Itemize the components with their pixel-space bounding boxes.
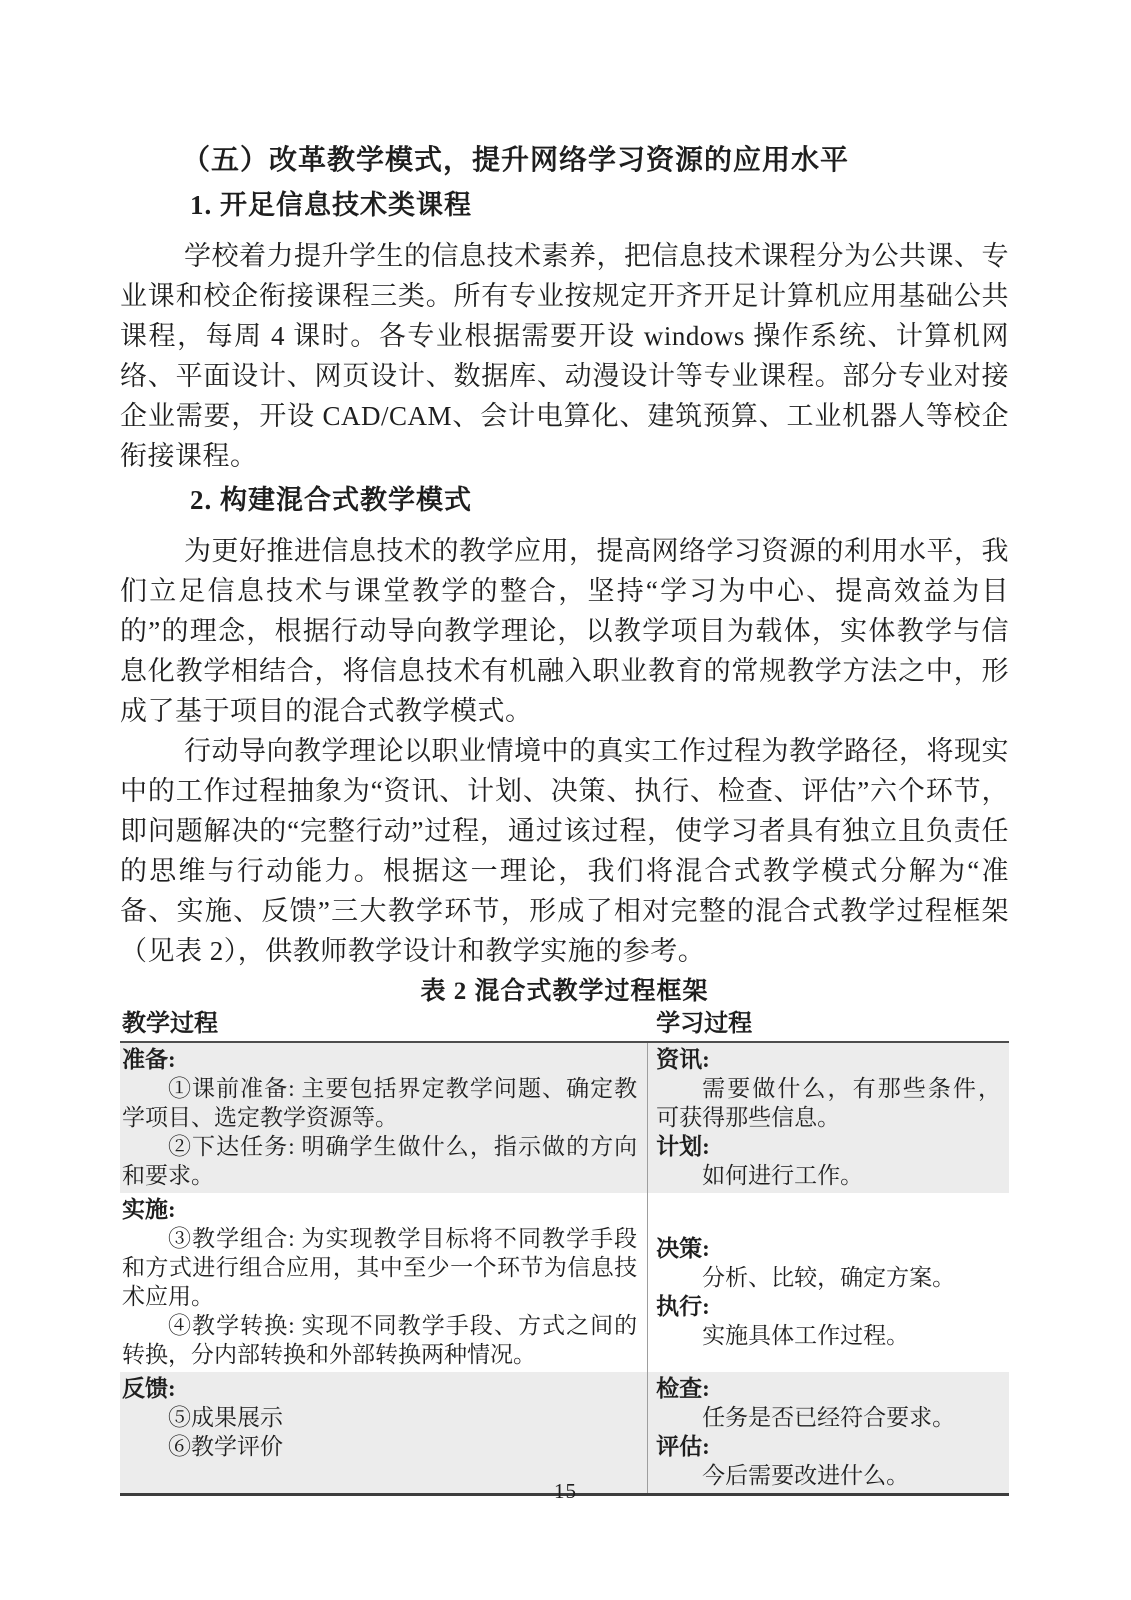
cell-item: ②下达任务: 明确学生做什么，指示做的方向和要求。 [122,1132,637,1190]
cell-learning-check-evaluation: 检查: 任务是否已经符合要求。 评估: 今后需要改进什么。 [647,1372,1009,1493]
paragraph-3: 行动导向教学理论以职业情境中的真实工作过程为教学路径，将现实中的工作过程抽象为“… [120,731,1009,971]
cell-label: 决策: [656,1234,1001,1263]
cell-item: ⑥教学评价 [122,1432,637,1461]
cell-item: 如何进行工作。 [656,1161,1001,1190]
cell-teaching-preparation: 准备: ①课前准备: 主要包括界定教学问题、确定教学项目、选定教学资源等。 ②下… [120,1043,647,1193]
paragraph-2: 为更好推进信息技术的教学应用，提高网络学习资源的利用水平，我们立足信息技术与课堂… [120,531,1009,731]
cell-item: 任务是否已经符合要求。 [656,1403,1001,1432]
subsection-2-heading: 2. 构建混合式教学模式 [120,480,1009,520]
cell-label: 准备: [122,1045,637,1074]
cell-learning-information-plan: 资讯: 需要做什么，有那些条件，可获得那些信息。 计划: 如何进行工作。 [647,1043,1009,1193]
table-header-row: 教学过程 学习过程 [120,1008,1009,1043]
page-number: 15 [0,1479,1131,1504]
subsection-1-heading: 1. 开足信息技术类课程 [120,185,1009,225]
cell-label: 实施: [122,1195,637,1224]
cell-item: 实施具体工作过程。 [656,1321,1001,1350]
cell-item: ③教学组合: 为实现教学目标将不同教学手段和方式进行组合应用，其中至少一个环节为… [122,1224,637,1311]
cell-learning-decision-execution: 决策: 分析、比较，确定方案。 执行: 实施具体工作过程。 [647,1193,1009,1372]
table-row-implementation: 实施: ③教学组合: 为实现教学目标将不同教学手段和方式进行组合应用，其中至少一… [120,1193,1009,1372]
cell-label: 评估: [656,1432,1001,1461]
table-caption: 表 2 混合式教学过程框架 [120,976,1009,1008]
cell-label: 执行: [656,1292,1001,1321]
column-header-teaching-process: 教学过程 [120,1009,647,1039]
cell-item: 需要做什么，有那些条件，可获得那些信息。 [656,1074,1001,1132]
page-content: （五）改革教学模式，提升网络学习资源的应用水平 1. 开足信息技术类课程 学校着… [120,141,1009,1496]
cell-label: 反馈: [122,1374,637,1403]
table-row-feedback: 反馈: ⑤成果展示 ⑥教学评价 检查: 任务是否已经符合要求。 评估: 今后需要… [120,1372,1009,1493]
cell-label: 计划: [656,1132,1001,1161]
cell-item: ⑤成果展示 [122,1403,637,1432]
paragraph-1: 学校着力提升学生的信息技术素养，把信息技术课程分为公共课、专业课和校企衔接课程三… [120,236,1009,476]
column-header-learning-process: 学习过程 [647,1009,1009,1039]
cell-item: 分析、比较，确定方案。 [656,1263,1001,1292]
cell-label: 检查: [656,1374,1001,1403]
section-heading: （五）改革教学模式，提升网络学习资源的应用水平 [120,141,1009,181]
document-page: （五）改革教学模式，提升网络学习资源的应用水平 1. 开足信息技术类课程 学校着… [0,0,1131,1600]
cell-item: ①课前准备: 主要包括界定教学问题、确定教学项目、选定教学资源等。 [122,1074,637,1132]
cell-teaching-implementation: 实施: ③教学组合: 为实现教学目标将不同教学手段和方式进行组合应用，其中至少一… [120,1193,647,1372]
table-row-preparation: 准备: ①课前准备: 主要包括界定教学问题、确定教学项目、选定教学资源等。 ②下… [120,1043,1009,1193]
cell-item: ④教学转换: 实现不同教学手段、方式之间的转换，分内部转换和外部转换两种情况。 [122,1311,637,1369]
blended-teaching-process-table: 教学过程 学习过程 准备: ①课前准备: 主要包括界定教学问题、确定教学项目、选… [120,1008,1009,1496]
cell-teaching-feedback: 反馈: ⑤成果展示 ⑥教学评价 [120,1372,647,1493]
cell-label: 资讯: [656,1045,1001,1074]
